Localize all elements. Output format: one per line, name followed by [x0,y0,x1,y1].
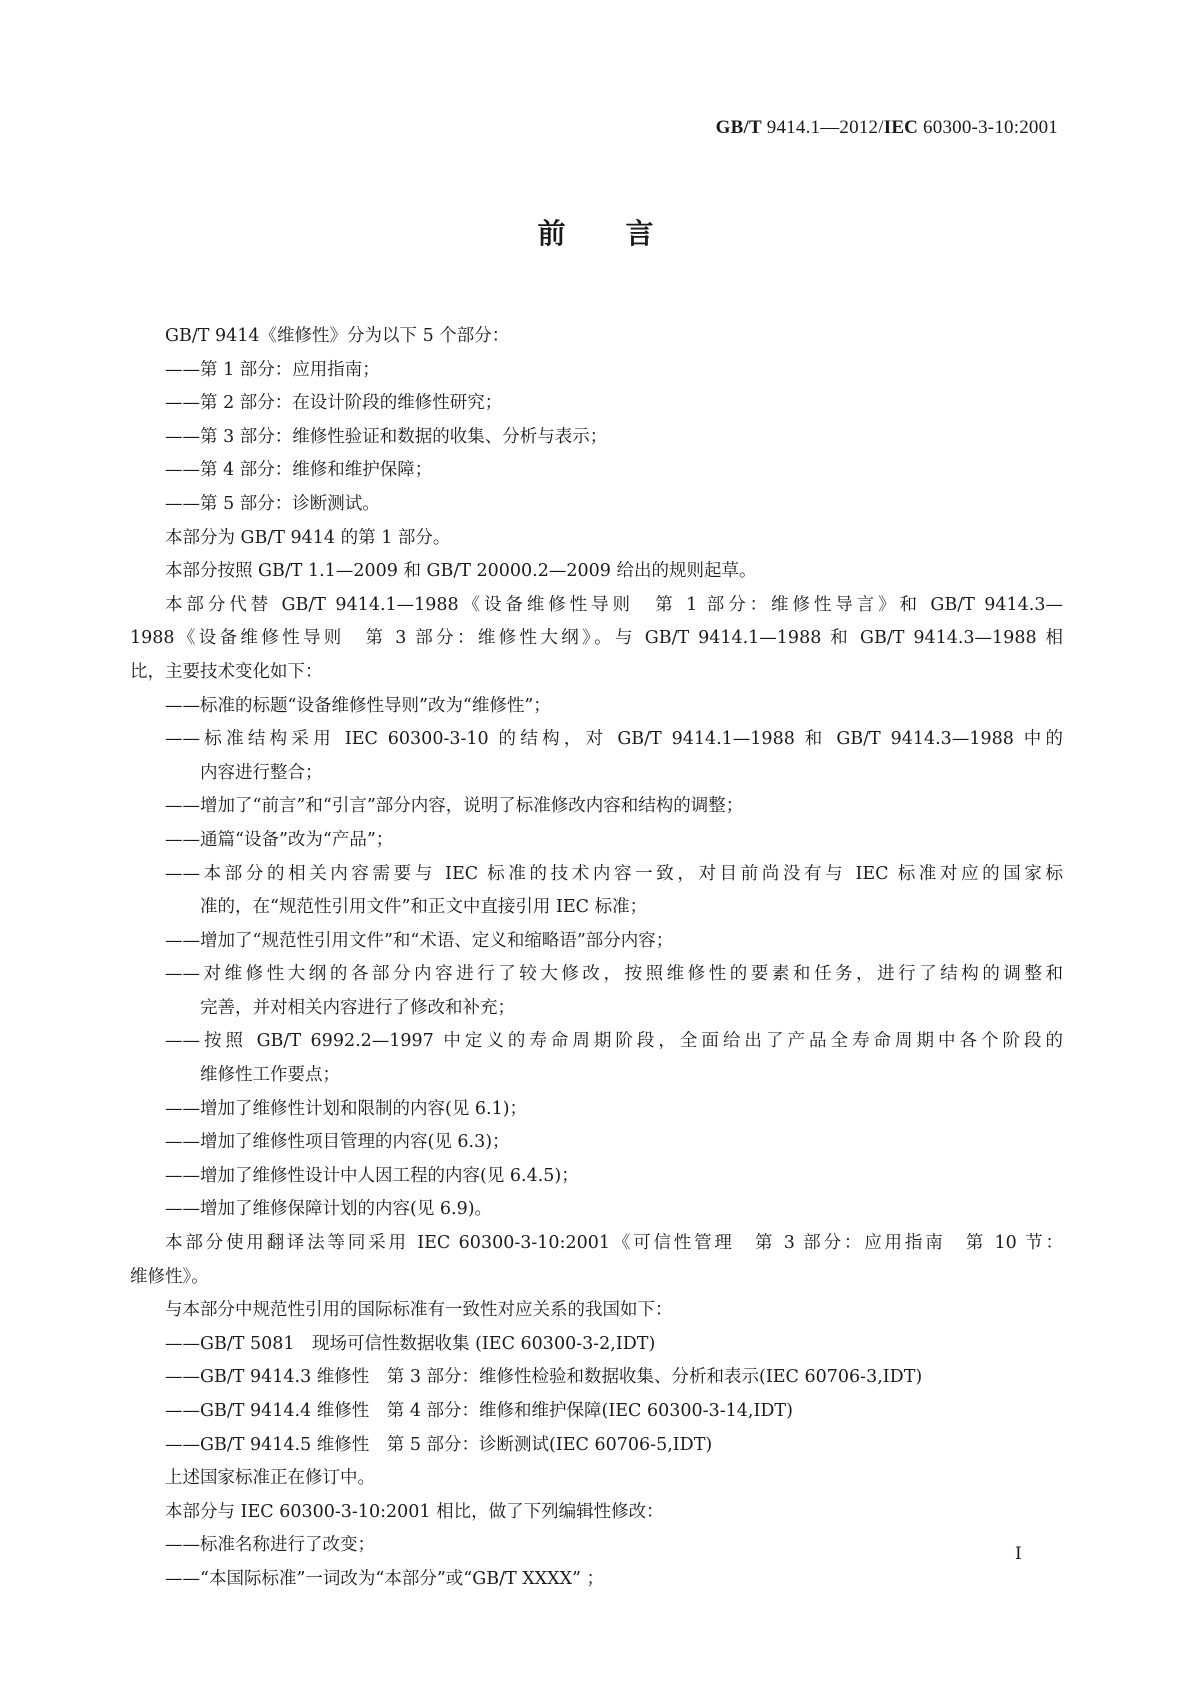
paragraph-line: 本部分按照 GB/T 1.1—2009 和 GB/T 20000.2—2009 … [130,555,1063,589]
iec-prefix: IEC [884,117,918,138]
list-item: ——GB/T 9414.3 维修性 第 3 部分：维修性检验和数据收集、分析和表… [130,1361,1063,1395]
iec-number: 60300-3-10:2001 [918,117,1058,138]
list-item: ——第 4 部分：维修和维护保障； [130,454,1063,488]
standard-prefix: GB/T [716,117,762,138]
list-item: ——标准名称进行了改变； [130,1529,1063,1563]
paragraph-line: GB/T 9414《维修性》分为以下 5 个部分： [130,320,1063,354]
list-item: ——本部分的相关内容需要与 IEC 标准的技术内容一致，对目前尚没有与 IEC … [130,858,1063,892]
paragraph-line: 本部分代替 GB/T 9414.1—1988《设备维修性导则 第 1 部分：维修… [130,589,1063,623]
list-item: ——“本国际标准”一词改为“本部分”或“GB/T XXXX” ； [130,1563,1063,1597]
paragraph-line: 上述国家标准正在修订中。 [130,1462,1063,1496]
list-item: ——GB/T 9414.4 维修性 第 4 部分：维修和维护保障(IEC 603… [130,1395,1063,1429]
list-item: ——按照 GB/T 6992.2—1997 中定义的寿命周期阶段，全面给出了产品… [130,1025,1063,1059]
list-item: ——GB/T 9414.5 维修性 第 5 部分：诊断测试(IEC 60706-… [130,1429,1063,1463]
list-item: ——第 1 部分：应用指南； [130,354,1063,388]
list-item: ——对维修性大纲的各部分内容进行了较大修改，按照维修性的要素和任务，进行了结构的… [130,958,1063,992]
page-title: 前言 [0,212,1191,252]
list-item: ——第 3 部分：维修性验证和数据的收集、分析与表示； [130,421,1063,455]
paragraph-line: 比，主要技术变化如下： [130,656,1063,690]
list-item: ——增加了维修性计划和限制的内容(见 6.1)； [130,1093,1063,1127]
page-number: I [1015,1544,1022,1564]
paragraph-line: 与本部分中规范性引用的国际标准有一致性对应关系的我国如下： [130,1294,1063,1328]
paragraph-line: 维修性》。 [130,1261,1063,1295]
foreword-body: GB/T 9414《维修性》分为以下 5 个部分：——第 1 部分：应用指南；—… [130,320,1063,1597]
paragraph-line: 1988《设备维修性导则 第 3 部分：维修性大纲》。与 GB/T 9414.1… [130,622,1063,656]
list-item: ——标准结构采用 IEC 60300-3-10 的结构，对 GB/T 9414.… [130,723,1063,757]
list-item: 内容进行整合； [130,757,1063,791]
paragraph-line: 本部分使用翻译法等同采用 IEC 60300-3-10:2001《可信性管理 第… [130,1227,1063,1261]
list-item: ——增加了维修保障计划的内容(见 6.9)。 [130,1193,1063,1227]
list-item: 维修性工作要点； [130,1059,1063,1093]
standard-code-header: GB/T 9414.1—2012/IEC 60300-3-10:2001 [716,117,1058,139]
standard-number: 9414.1—2012/ [762,117,884,138]
list-item: ——增加了“前言”和“引言”部分内容，说明了标准修改内容和结构的调整； [130,790,1063,824]
list-item: ——增加了维修性设计中人因工程的内容(见 6.4.5)； [130,1160,1063,1194]
list-item: ——标准的标题“设备维修性导则”改为“维修性”； [130,690,1063,724]
paragraph-line: 本部分为 GB/T 9414 的第 1 部分。 [130,522,1063,556]
list-item: ——增加了“规范性引用文件”和“术语、定义和缩略语”部分内容； [130,925,1063,959]
list-item: 准的，在“规范性引用文件”和正文中直接引用 IEC 标准； [130,891,1063,925]
list-item: ——通篇“设备”改为“产品”； [130,824,1063,858]
list-item: ——GB/T 5081 现场可信性数据收集 (IEC 60300-3-2,IDT… [130,1328,1063,1362]
list-item: ——第 2 部分：在设计阶段的维修性研究； [130,387,1063,421]
list-item: ——增加了维修性项目管理的内容(见 6.3)； [130,1126,1063,1160]
paragraph-line: 本部分与 IEC 60300-3-10:2001 相比，做了下列编辑性修改： [130,1496,1063,1530]
list-item: ——第 5 部分：诊断测试。 [130,488,1063,522]
list-item: 完善，并对相关内容进行了修改和补充； [130,992,1063,1026]
